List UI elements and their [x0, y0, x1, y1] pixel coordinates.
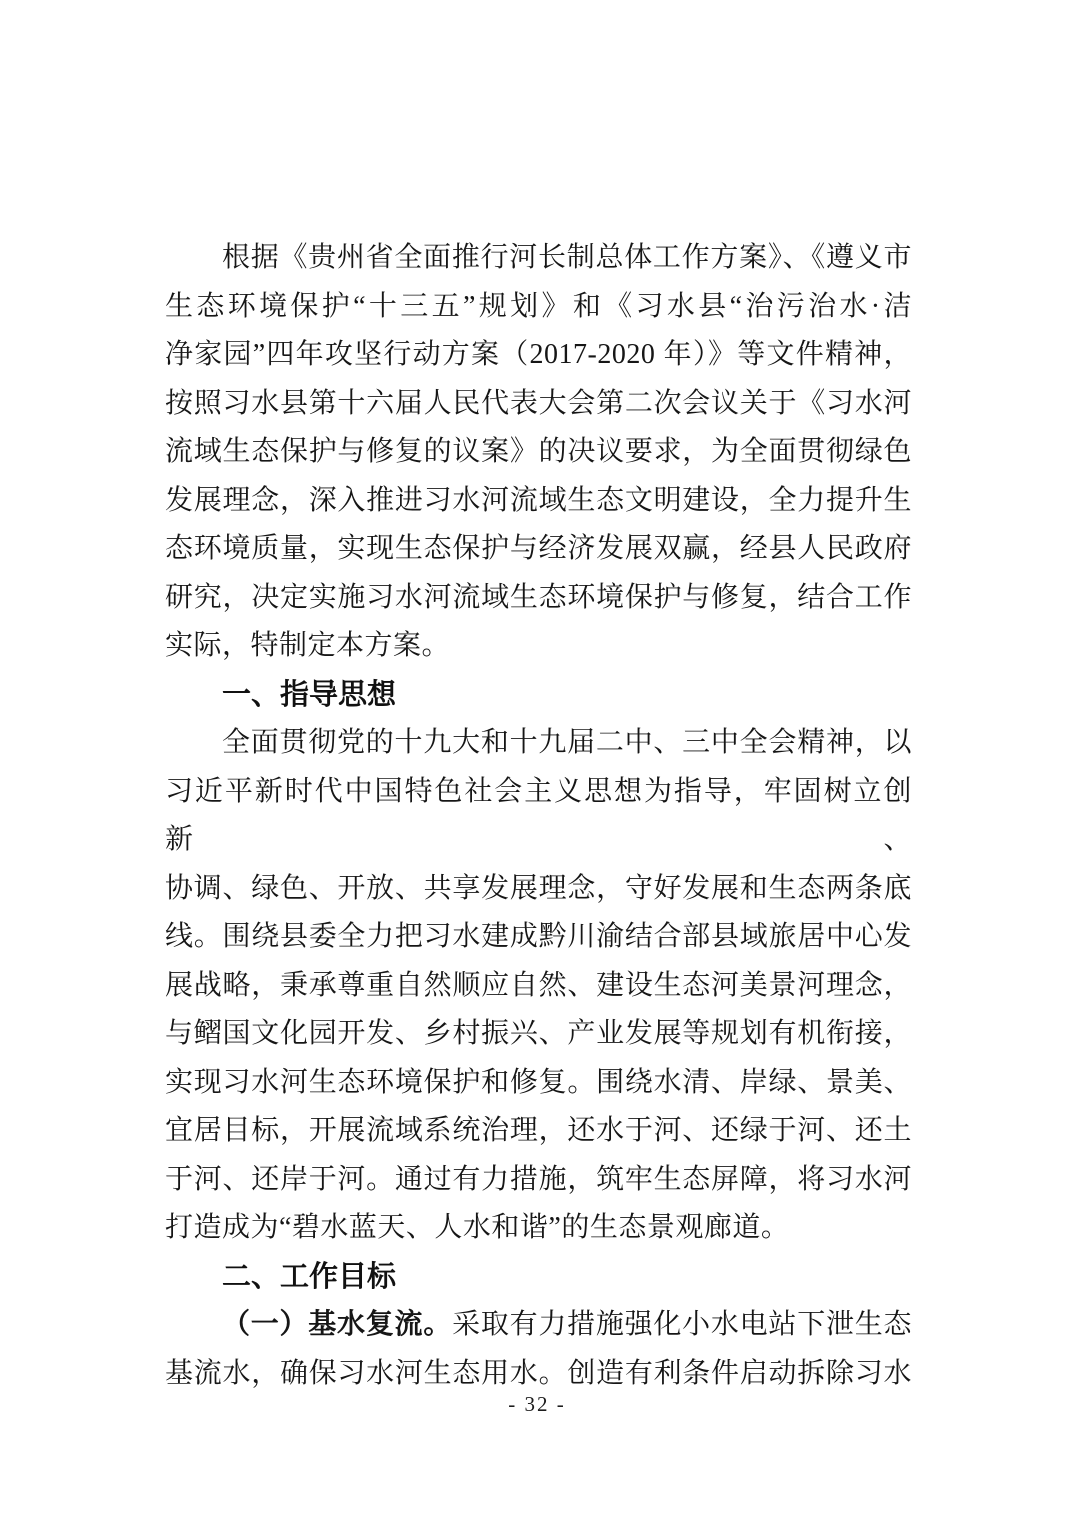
document-page: 根据《贵州省全面推行河长制总体工作方案》、《遵义市 生态环境保护“十三五”规划》…	[0, 0, 1074, 1520]
clause-title: （一）基水复流。	[222, 1309, 452, 1340]
work-goals-paragraph: （一）基水复流。采取有力措施强化小水电站下泄生态 基流水，确保习水河生态用水。创…	[165, 1301, 912, 1398]
document-content: 根据《贵州省全面推行河长制总体工作方案》、《遵义市 生态环境保护“十三五”规划》…	[165, 234, 912, 1398]
text-line: 研究，决定实施习水河流域生态环境保护与修复，结合工作	[165, 574, 912, 623]
text-line: 实现习水河生态环境保护和修复。围绕水清、岸绿、景美、	[165, 1059, 912, 1108]
text-line: 与鳛国文化园开发、乡村振兴、产业发展等规划有机衔接，	[165, 1010, 912, 1059]
text-line: 按照习水县第十六届人民代表大会第二次会议关于《习水河	[165, 380, 912, 429]
text-line: 基流水，确保习水河生态用水。创造有利条件启动拆除习水	[165, 1350, 912, 1399]
text-line: 生态环境保护“十三五”规划》和《习水县“治污治水·洁	[165, 283, 912, 332]
text-line: 发展理念，深入推进习水河流域生态文明建设，全力提升生	[165, 477, 912, 526]
page-number: - 32 -	[508, 1392, 566, 1416]
text-line: 流域生态保护与修复的议案》的决议要求，为全面贯彻绿色	[165, 428, 912, 477]
text-line: （一）基水复流。采取有力措施强化小水电站下泄生态	[165, 1301, 912, 1350]
section-heading-guiding-ideology: 一、指导思想	[165, 671, 912, 720]
text-line: 实际，特制定本方案。	[165, 622, 912, 671]
text-line: 习近平新时代中国特色社会主义思想为指导，牢固树立创新、	[165, 768, 912, 865]
text-line: 线。围绕县委全力把习水建成黔川渝结合部县域旅居中心发	[165, 913, 912, 962]
text-line: 全面贯彻党的十九大和十九届二中、三中全会精神，以	[165, 719, 912, 768]
text-line: 协调、绿色、开放、共享发展理念，守好发展和生态两条底	[165, 865, 912, 914]
section-heading-work-goals: 二、工作目标	[165, 1253, 912, 1302]
text-line: 根据《贵州省全面推行河长制总体工作方案》、《遵义市	[165, 234, 912, 283]
text-line: 净家园”四年攻坚行动方案（2017-2020 年）》等文件精神，	[165, 331, 912, 380]
clause-text: 采取有力措施强化小水电站下泄生态	[452, 1309, 912, 1340]
text-line: 展战略，秉承尊重自然顺应自然、建设生态河美景河理念，	[165, 962, 912, 1011]
intro-paragraph: 根据《贵州省全面推行河长制总体工作方案》、《遵义市 生态环境保护“十三五”规划》…	[165, 234, 912, 671]
text-line: 打造成为“碧水蓝天、人水和谐”的生态景观廊道。	[165, 1204, 912, 1253]
text-line: 态环境质量，实现生态保护与经济发展双赢，经县人民政府	[165, 525, 912, 574]
page-footer: - 32 -	[0, 1392, 1074, 1417]
guiding-ideology-paragraph: 全面贯彻党的十九大和十九届二中、三中全会精神，以 习近平新时代中国特色社会主义思…	[165, 719, 912, 1253]
text-line: 宜居目标，开展流域系统治理，还水于河、还绿于河、还土	[165, 1107, 912, 1156]
text-line: 于河、还岸于河。通过有力措施，筑牢生态屏障，将习水河	[165, 1156, 912, 1205]
